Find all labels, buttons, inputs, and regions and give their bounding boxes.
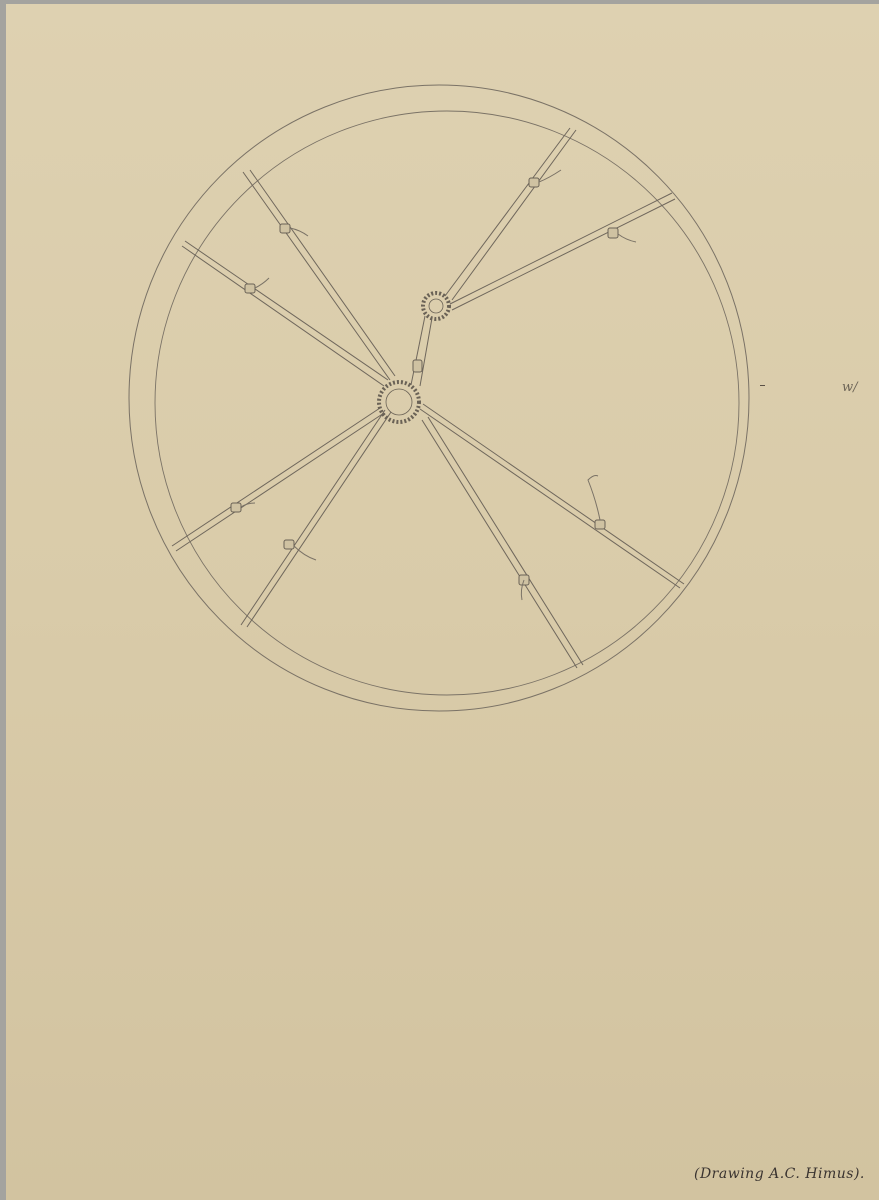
spokes	[172, 128, 684, 668]
drum-drawing	[0, 0, 879, 1200]
large-center-ring	[379, 382, 419, 422]
knots	[231, 178, 618, 585]
outer-hoop	[129, 85, 749, 711]
center-rings	[379, 293, 449, 422]
inner-hoop	[155, 111, 739, 695]
margin-tick	[760, 385, 765, 386]
margin-note: w/	[842, 380, 858, 395]
drawing-caption: (Drawing A.C. Himus).	[694, 1166, 865, 1182]
small-upper-ring	[423, 293, 449, 319]
thong-ties	[241, 170, 636, 600]
